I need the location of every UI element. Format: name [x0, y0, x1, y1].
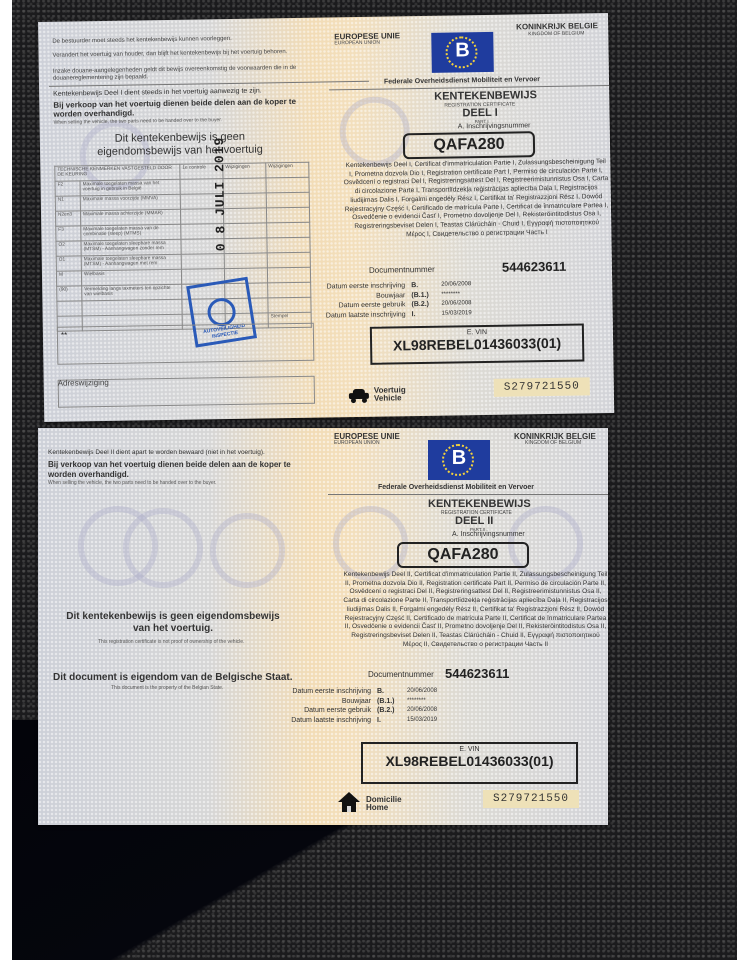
eu-label-en: EUROPEAN UNION [334, 40, 380, 47]
row-code: M [56, 271, 81, 286]
vin-box: E. VIN XL98REBEL01436033(01) [361, 742, 578, 784]
domicile-label-en: Home [366, 804, 388, 812]
house-icon [338, 792, 360, 812]
notice-2: Verandert het voertuig van houder, dan b… [52, 49, 292, 60]
row-label: Vermelding langs taxmeters ten opzichte … [82, 284, 182, 301]
property-notice-en: This document is the property of the Bel… [111, 685, 223, 691]
date-code: (B.2.) [377, 706, 407, 716]
vehicle-label-en: Vehicle [374, 394, 402, 402]
dates-block: Datum eerste inschrijvingB.20/06/2008 Bo… [253, 687, 437, 725]
row-label: Maximale toegelaten massa van de combina… [81, 224, 181, 241]
wheel-watermark [210, 513, 285, 588]
registration-certificate-part-2: Kentekenbewijs Deel II dient apart te wo… [38, 428, 608, 825]
date-code: B. [377, 687, 407, 697]
row-label: Wielbasis [81, 269, 181, 286]
wheel-watermark [123, 508, 203, 588]
sale-notice-en: When selling the vehicle, the two parts … [54, 117, 223, 126]
column-header: Wijzigingen [223, 163, 266, 179]
document-number-label: Documentnummer [368, 670, 434, 679]
vin-number: XL98REBEL01436033(01) [363, 753, 576, 769]
license-plate-number: QAFA280 [397, 542, 529, 568]
row-code: F2 [55, 181, 80, 196]
sale-notice: Bij verkoop van het voertuig dienen beid… [53, 98, 313, 119]
date-row: Bouwjaar(B.1.)******** [253, 697, 437, 707]
document-title: KENTEKENBEWIJS [428, 498, 531, 510]
date-code: I. [377, 716, 407, 726]
not-ownership-notice-en: This registration certificate is not pro… [98, 639, 244, 645]
row-label: Maximale toegelaten sleepbare massa (MTS… [81, 239, 181, 256]
part-label: DEEL I [462, 107, 497, 120]
property-notice: Dit document is eigendom van de Belgisch… [53, 672, 293, 683]
row-code: O1 [56, 256, 81, 271]
date-row: Datum eerste inschrijvingB.20/06/2008 [253, 687, 437, 697]
agency-label: Federale Overheidsdienst Mobiliteit en V… [378, 484, 534, 491]
plate-label: A. Inschrijvingsnummer [452, 531, 525, 538]
date-row: Datum laatste inschrijvingI.15/03/2019 [288, 309, 472, 321]
multilingual-title: Kentekenbewijs Deel I, Certificat d'imma… [343, 158, 609, 240]
agency-label: Federale Overheidsdienst Mobiliteit en V… [384, 76, 540, 85]
date-row: Datum laatste inschrijvingI.15/03/2019 [253, 716, 437, 726]
date-label: Datum laatste inschrijving [253, 716, 377, 726]
date-value: ******** [441, 290, 460, 300]
date-label: Datum laatste inschrijving [288, 310, 412, 321]
sale-notice: Bij verkoop van het voertuig dienen beid… [48, 460, 308, 480]
date-row: Datum eerste gebruik(B.2.)20/06/2008 [253, 706, 437, 716]
country-label-en: KINGDOM OF BELGIUM [528, 30, 584, 37]
row-label: Maximale toegelaten massa van het voertu… [80, 179, 180, 196]
not-ownership-notice: Dit kentekenbewijs is geen eigendomsbewi… [58, 611, 288, 635]
wheel-watermark [333, 506, 408, 581]
row-label: Maximale toegelaten sleepbare massa (MTS… [81, 254, 181, 271]
row-label: Maximale massa voorzijde (MMVA) [80, 194, 180, 211]
row-code: (90) [57, 286, 82, 301]
column-header: Wijzigingen [266, 162, 309, 178]
vin-number: XL98REBEL01436033(01) [372, 334, 582, 353]
part-label: DEEL II [455, 515, 493, 527]
keep-in-vehicle: Kentekenbewijs Deel I dient steeds in he… [53, 87, 262, 97]
vin-box: E. VIN XL98REBEL01436033(01) [370, 323, 585, 364]
sale-notice-en: When selling the vehicle, the two parts … [48, 480, 216, 486]
date-value: 20/06/2008 [407, 687, 437, 697]
car-icon [349, 389, 369, 401]
divider [328, 494, 608, 495]
dates-block: Datum eerste inschrijvingB.20/06/2008 Bo… [287, 280, 472, 321]
keep-apart-notice: Kentekenbewijs Deel II dient apart te wo… [48, 449, 265, 456]
document-title: KENTEKENBEWIJS [434, 89, 537, 103]
inspection-date-stamp: 0 8 JULI 2019 [212, 137, 229, 252]
row-code: N1 [55, 196, 80, 211]
document-number-label: Documentnummer [369, 265, 435, 275]
row-label: Maximale massa achterzijde (MMAR) [80, 209, 180, 226]
row-code: F3 [56, 226, 81, 241]
address-change-label: Adreswijziging [58, 378, 109, 388]
eu-flag-icon: B [428, 440, 490, 480]
date-value: ******** [407, 697, 426, 707]
not-ownership-notice: Dit kentekenbewijs is geen eigendomsbewi… [80, 130, 280, 159]
country-letter: B [428, 447, 490, 470]
date-code: I. [412, 309, 442, 319]
registration-certificate-part-1: De bestuurder moet steeds het kentekenbe… [38, 13, 614, 422]
date-value: 20/06/2008 [407, 706, 437, 716]
row-code: N2en3 [55, 211, 80, 226]
notice-3: Inzake douane-aangelegenheden geldt dit … [53, 65, 303, 83]
date-label: Datum eerste inschrijving [253, 687, 377, 697]
date-value: 15/03/2019 [442, 309, 472, 319]
date-code: B. [411, 281, 441, 291]
technical-specs-table: TECHNISCHE KENMERKEN VASTGESTELD DOOR DE… [54, 162, 312, 332]
date-label: Datum eerste gebruik [253, 706, 377, 716]
eu-label-en: EUROPEAN UNION [334, 440, 380, 446]
multilingual-title: Kentekenbewijs Deel II, Certificat d'imm… [343, 571, 608, 649]
plate-label: A. Inschrijvingsnummer [458, 122, 531, 130]
wheel-watermark [339, 96, 410, 167]
document-number: 544623611 [502, 259, 567, 275]
country-letter: B [431, 39, 493, 63]
date-value: 20/06/2008 [441, 299, 471, 309]
notice-1: De bestuurder moet steeds het kentekenbe… [52, 36, 232, 45]
country-label-en: KINGDOM OF BELGIUM [525, 440, 581, 446]
date-code: (B.2.) [411, 300, 441, 310]
double-star: ** [61, 331, 67, 340]
notes-box [57, 323, 315, 365]
eu-flag-icon: B [431, 32, 494, 73]
document-number: 544623611 [445, 666, 509, 681]
license-plate-number: QAFA280 [403, 131, 535, 159]
serial-number: S279721550 [483, 790, 579, 808]
vin-label: E. VIN [363, 746, 576, 753]
row-code: O2 [56, 241, 81, 256]
date-value: 15/03/2019 [407, 716, 437, 726]
date-label: Bouwjaar [253, 697, 377, 707]
date-code: (B.1.) [411, 290, 441, 300]
date-value: 20/06/2008 [441, 280, 471, 290]
serial-number: S279721550 [494, 377, 590, 397]
date-code: (B.1.) [377, 697, 407, 707]
